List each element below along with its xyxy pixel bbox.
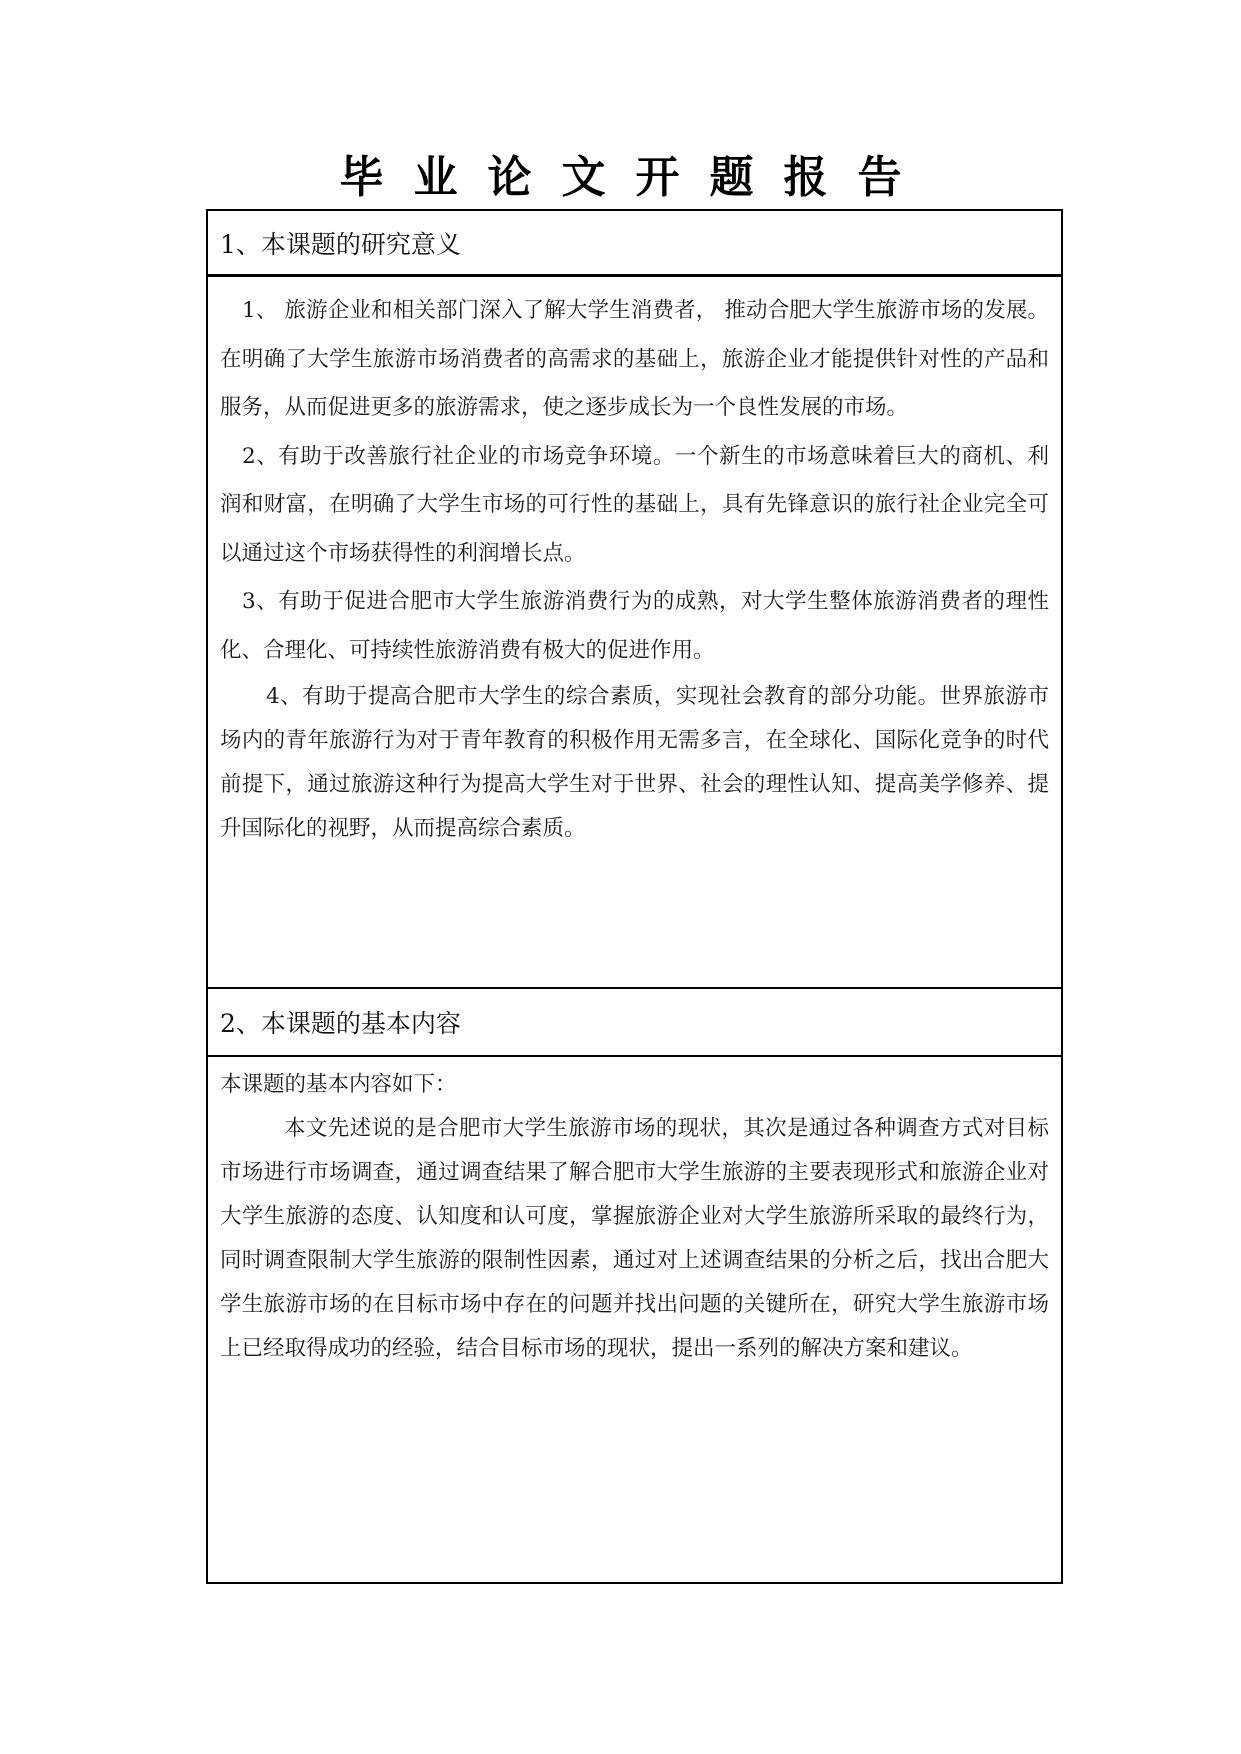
paragraph-significance-2: 2、有助于改善旅行社企业的市场竞争环境。一个新生的市场意味着巨大的商机、利润和财…	[220, 433, 1049, 579]
paragraph-significance-3: 3、有助于促进合肥市大学生旅游消费行为的成熟，对大学生整体旅游消费者的理性化、合…	[220, 578, 1049, 675]
section-body-basic-content: 本课题的基本内容如下： 本文先述说的是合肥市大学生旅游市场的现状，其次是通过各种…	[208, 1057, 1061, 1582]
page-title: 毕业论文开题报告	[0, 150, 1241, 206]
section-heading-research-significance: 1、本课题的研究意义	[208, 211, 1061, 277]
report-table: 1、本课题的研究意义 1、 旅游企业和相关部门深入了解大学生消费者， 推动合肥大…	[206, 209, 1063, 1584]
section-heading-basic-content: 2、本课题的基本内容	[208, 989, 1061, 1057]
paragraph-content-1: 本文先述说的是合肥市大学生旅游市场的现状，其次是通过各种调查方式对目标市场进行市…	[220, 1107, 1049, 1371]
paragraph-significance-1: 1、 旅游企业和相关部门深入了解大学生消费者， 推动合肥大学生旅游市场的发展。在…	[220, 287, 1049, 433]
paragraph-significance-4: 4、有助于提高合肥市大学生的综合素质，实现社会教育的部分功能。世界旅游市场内的青…	[220, 675, 1049, 851]
paragraph-content-intro: 本课题的基本内容如下：	[220, 1063, 1049, 1107]
section-body-research-significance: 1、 旅游企业和相关部门深入了解大学生消费者， 推动合肥大学生旅游市场的发展。在…	[208, 277, 1061, 989]
